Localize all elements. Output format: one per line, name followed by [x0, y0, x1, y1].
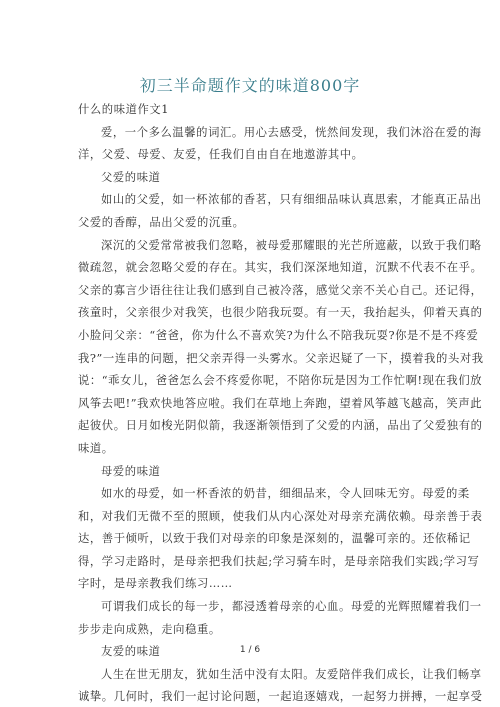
text-line: 如山的父爱，如一杯浓郁的香茗，只有细细品味认真思索，才能真正品出	[78, 189, 424, 212]
text-line: 小脸问父亲：“爸爸，你为什么不喜欢笑?为什么不陪我玩耍?你是不是不疼爱	[78, 325, 424, 348]
text-line: 字时，是母亲教我们练习……	[78, 573, 424, 596]
text-line: 诚挚。几何时，我们一起讨论问题，一起追逐嬉戏，一起努力拼搏，一起享受	[78, 686, 424, 707]
text-line: 微疏忽，就会忽略父爱的存在。其实，我们深深地知道，沉默不代表不在乎。	[78, 257, 424, 280]
text-line: 人生在世无朋友，犹如生活中没有太阳。友爱陪伴我们成长，让我们畅享	[78, 664, 424, 687]
document-title: 初三半命题作文的味道800字	[0, 73, 500, 96]
section-heading-mother: 母爱的味道	[78, 461, 424, 484]
text-line: 如水的母爱，如一杯香浓的奶昔，细细品来，令人回味无穷。母爱的柔	[78, 483, 424, 506]
page-indicator: 1 / 6	[0, 645, 500, 655]
text-line: 风筝去吧!”我欢快地答应啦。我们在草地上奔跑，望着风筝越飞越高，笑声此	[78, 393, 424, 416]
text-line: 洋，父爱、母爱、友爱，任我们自由自在地遨游其中。	[78, 144, 424, 167]
text-line: 步步走向成熟，走向稳重。	[78, 619, 424, 642]
text-line: 深沉的父爱常常被我们忽略，被母爱那耀眼的光芒所遮蔽，以致于我们略	[78, 235, 424, 258]
text-line: 得，学习走路时，是母亲把我们扶起;学习骑车时，是母亲陪我们实践;学习写	[78, 551, 424, 574]
section-heading-father: 父爱的味道	[78, 167, 424, 190]
text-line: 我?”一连串的问题，把父亲弄得一头雾水。父亲迟疑了一下，摸着我的头对我	[78, 348, 424, 371]
text-line: 说：“乖女儿，爸爸怎么会不疼爱你呢，不陪你玩是因为工作忙啊!现在我们放	[78, 370, 424, 393]
text-line: 父爱的香醇，品出父爱的沉重。	[78, 212, 424, 235]
document-body: 什么的味道作文1 爱，一个多么温馨的词汇。用心去感受，恍然间发现，我们沐浴在爱的…	[78, 99, 424, 707]
text-line: 起彼伏。日月如梭光阴似箭，我逐渐领悟到了父爱的内涵，品出了父爱独有的	[78, 415, 424, 438]
text-line: 爱，一个多么温馨的词汇。用心去感受，恍然间发现，我们沐浴在爱的海	[78, 122, 424, 145]
text-line: 味道。	[78, 438, 424, 461]
text-line: 达，善于倾听，以致于我们对母亲的印象是深刻的，温馨可亲的。还依稀记	[78, 528, 424, 551]
text-line: 可谓我们成长的每一步，都浸透着母亲的心血。母爱的光辉照耀着我们一	[78, 596, 424, 619]
text-line: 和，对我们无微不至的照顾，使我们从内心深处对母亲充满依赖。母亲善于表	[78, 506, 424, 529]
text-line: 什么的味道作文1	[78, 99, 424, 122]
text-line: 孩童时，父亲很少对我笑，也很少陪我玩耍。有一天，我抬起头，仰着天真的	[78, 302, 424, 325]
text-line: 父亲的寡言少语往往让我们感到自己被冷落，感觉父亲不关心自己。还记得，	[78, 280, 424, 303]
